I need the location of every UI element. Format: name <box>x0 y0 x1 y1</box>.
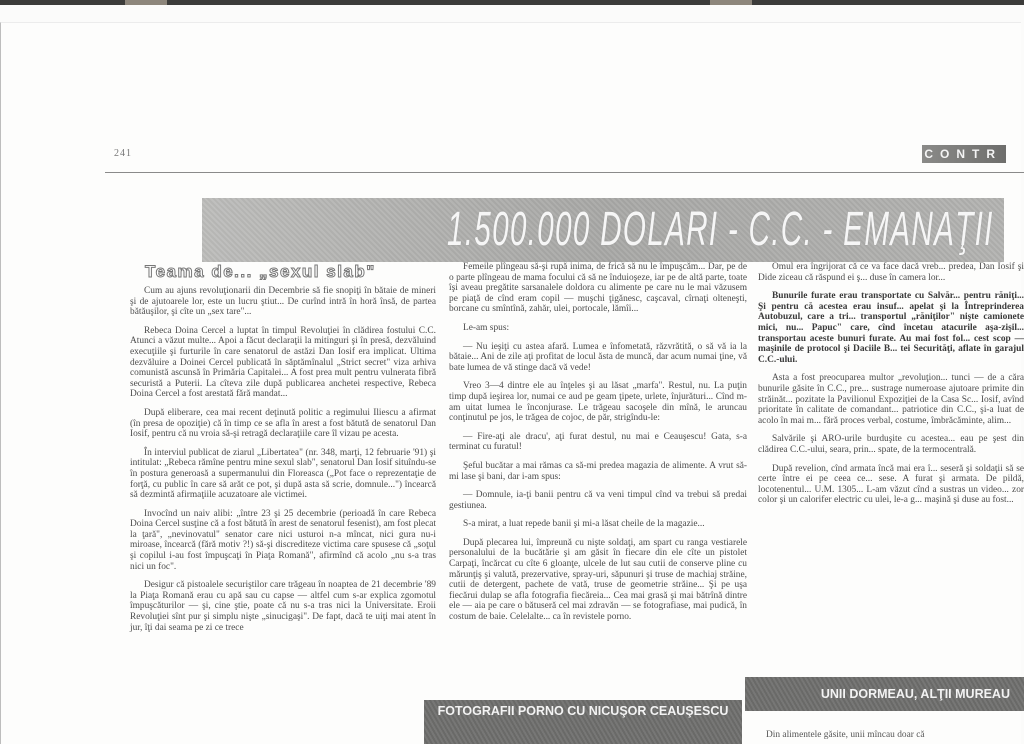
paragraph: După revelion, cînd armata încă mai era … <box>758 464 1024 506</box>
banner: 1.500.000 DOLARI - C.C. - EMANAŢII <box>202 198 1004 262</box>
column-left: Cum au ajuns revoluţionarii din Decembri… <box>130 286 436 641</box>
paragraph: — Domnule, ia-ţi banii pentru că va veni… <box>449 490 747 511</box>
paragraph: După eliberare, cea mai recent deţinută … <box>130 408 436 440</box>
paragraph: — Fire-aţi ale dracu', aţi furat destul,… <box>449 432 747 453</box>
paragraph: — Nu ieşiţi cu astea afară. Lumea e înfo… <box>449 342 747 374</box>
paragraph: Femeile plîngeau să-şi rupă inima, de fr… <box>449 262 747 315</box>
paragraph: Bunurile furate erau transportate cu Sal… <box>758 291 1024 365</box>
paragraph: Invocînd un naiv alibi: „între 23 şi 25 … <box>130 509 436 573</box>
paragraph: În interviul publicat de ziarul „Liberta… <box>130 448 436 501</box>
edge-segment <box>710 0 752 5</box>
paragraph: Desigur că pistoalele securiştilor care … <box>130 580 436 633</box>
column-right: Omul era îngrijorat că ce va face dacă v… <box>758 262 1024 514</box>
paragraph: Vreo 3—4 dintre ele au înţeles şi au lăs… <box>449 381 747 423</box>
subheading-some-slept: UNII DORMEAU, ALŢII MUREAU <box>745 677 1024 711</box>
paragraph: Cum au ajuns revoluţionarii din Decembri… <box>130 286 436 318</box>
edge-segment <box>125 0 167 5</box>
banner-title: 1.500.000 DOLARI - C.C. - EMANAŢII <box>447 202 994 257</box>
paragraph: Salvările şi ARO-urile burduşite cu aces… <box>758 434 1024 455</box>
page-number: 241 <box>114 148 132 159</box>
paragraph: Rebeca Doina Cercel a luptat în timpul R… <box>130 326 436 400</box>
column-middle: Femeile plîngeau să-şi rupă inima, de fr… <box>449 262 747 631</box>
paragraph: S-a mirat, a luat repede banii şi mi-a l… <box>449 519 747 530</box>
paragraph: Le-am spus: <box>449 323 747 334</box>
article-headline: Teama de... „sexul slab" <box>145 262 376 282</box>
scanner-top-edge <box>0 0 1024 5</box>
paragraph: Şeful bucătar a mai rămas ca să-mi prede… <box>449 461 747 482</box>
section-tag: CONTR <box>922 145 1006 163</box>
paragraph: Asta a fost preocuparea multor „revoluţi… <box>758 373 1024 426</box>
header-rule <box>105 172 1024 173</box>
paragraph: Omul era îngrijorat că ce va face dacă v… <box>758 262 1024 283</box>
paragraph-tail: Din alimentele găsite, unii mîncau doar … <box>766 730 925 740</box>
paragraph: După plecarea lui, împreună cu nişte sol… <box>449 538 747 623</box>
subheading-porn-photos: FOTOGRAFII PORNO CU NICUŞOR CEAUŞESCU <box>424 700 742 744</box>
